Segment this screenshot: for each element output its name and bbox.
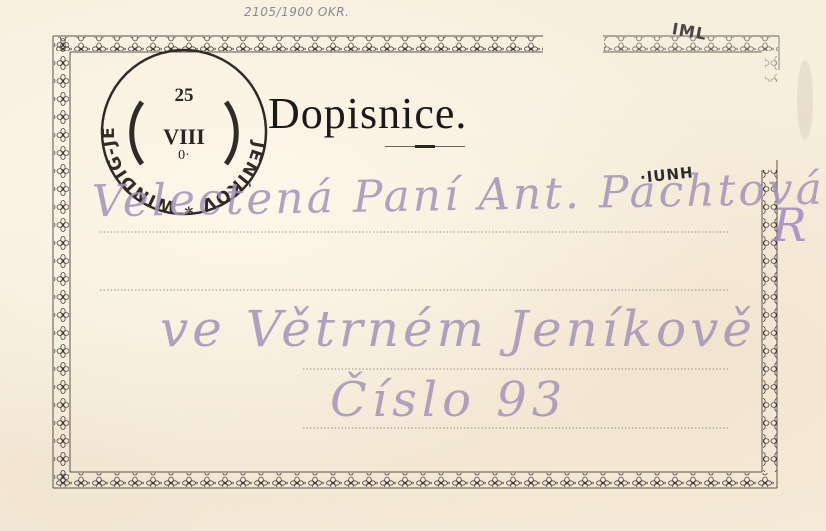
- postcard: 2105/1900 OKR. JENÍKOV * WINDIG-JENIKAU …: [0, 0, 826, 531]
- address-line-2: ve Větrném Jeníkově: [160, 300, 756, 358]
- pencil-annotation: 2105/1900 OKR.: [244, 5, 349, 19]
- address-line-3: Číslo 93: [330, 372, 567, 428]
- violet-pencil-mark: R: [772, 198, 807, 252]
- card-title: Dopisnice.: [268, 88, 467, 139]
- title-underline: [385, 146, 465, 147]
- postmark-year: 0·: [96, 148, 272, 164]
- postmark-month: VIII: [96, 124, 272, 150]
- postmark-day: 25: [96, 85, 272, 107]
